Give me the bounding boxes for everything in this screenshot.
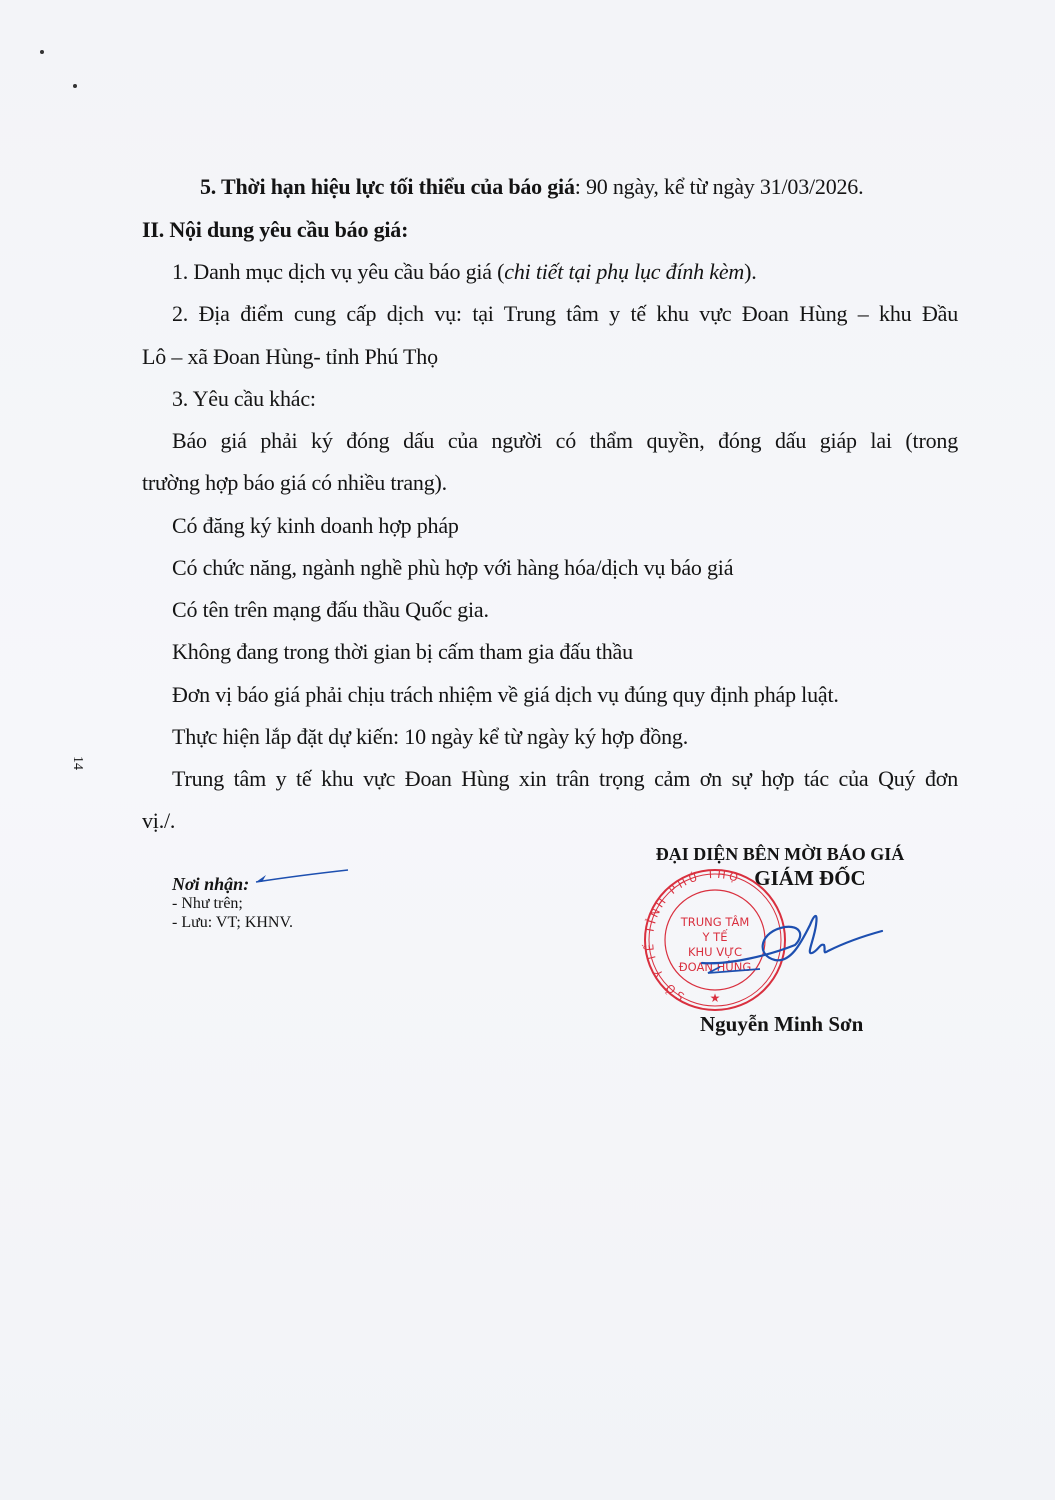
validity-value: : 90 ngày, kể từ ngày 31/03/2026. <box>575 174 864 199</box>
item-1-italic: chi tiết tại phụ lục đính kèm <box>504 259 744 284</box>
ink-arrow-mark <box>252 866 352 891</box>
signature-block: ĐẠI DIỆN BÊN MỜI BÁO GIÁ GIÁM ĐỐC <box>620 843 940 891</box>
validity-line: 5. Thời hạn hiệu lực tối thiểu của báo g… <box>200 174 863 200</box>
requirement-business: Có đăng ký kinh doanh hợp pháp <box>172 513 459 539</box>
item-2-line-1: 2. Địa điểm cung cấp dịch vụ: tại Trung … <box>172 301 958 327</box>
signature-organization: ĐẠI DIỆN BÊN MỜI BÁO GIÁ <box>620 843 940 865</box>
requirement-function: Có chức năng, ngành nghề phù hợp với hàn… <box>172 555 733 581</box>
thanks-line-2: vị./. <box>142 808 175 834</box>
thanks-line-1: Trung tâm y tế khu vực Đoan Hùng xin trâ… <box>172 766 958 792</box>
item-1: 1. Danh mục dịch vụ yêu cầu báo giá (chi… <box>172 259 757 285</box>
item-2-line-2: Lô – xã Đoan Hùng- tỉnh Phú Thọ <box>142 344 438 370</box>
section-heading: II. Nội dung yêu cầu báo giá: <box>142 217 408 243</box>
signature-role: GIÁM ĐỐC <box>680 865 940 891</box>
item-3: 3. Yêu cầu khác: <box>172 386 316 412</box>
validity-label: 5. Thời hạn hiệu lực tối thiểu của báo g… <box>200 174 575 199</box>
requirement-installation: Thực hiện lắp đặt dự kiến: 10 ngày kể từ… <box>172 724 688 750</box>
requirement-responsibility: Đơn vị báo giá phải chịu trách nhiệm về … <box>172 682 839 708</box>
handwritten-signature <box>700 905 890 985</box>
requirement-stamp-line-1: Báo giá phải ký đóng dấu của người có th… <box>172 428 958 454</box>
scan-speck <box>73 84 77 88</box>
svg-text:★: ★ <box>710 991 721 1005</box>
page-number: 14 <box>69 756 85 770</box>
document-page: 5. Thời hạn hiệu lực tối thiểu của báo g… <box>0 0 1055 1500</box>
requirement-stamp-line-2: trường hợp báo giá có nhiều trang). <box>142 470 447 496</box>
requirement-network: Có tên trên mạng đấu thầu Quốc gia. <box>172 597 489 623</box>
recipient-item: - Như trên; <box>172 894 293 913</box>
requirement-not-banned: Không đang trong thời gian bị cấm tham g… <box>172 639 633 665</box>
scan-speck <box>40 50 44 54</box>
recipient-item: - Lưu: VT; KHNV. <box>172 913 293 932</box>
signatory-name: Nguyễn Minh Sơn <box>700 1012 863 1037</box>
